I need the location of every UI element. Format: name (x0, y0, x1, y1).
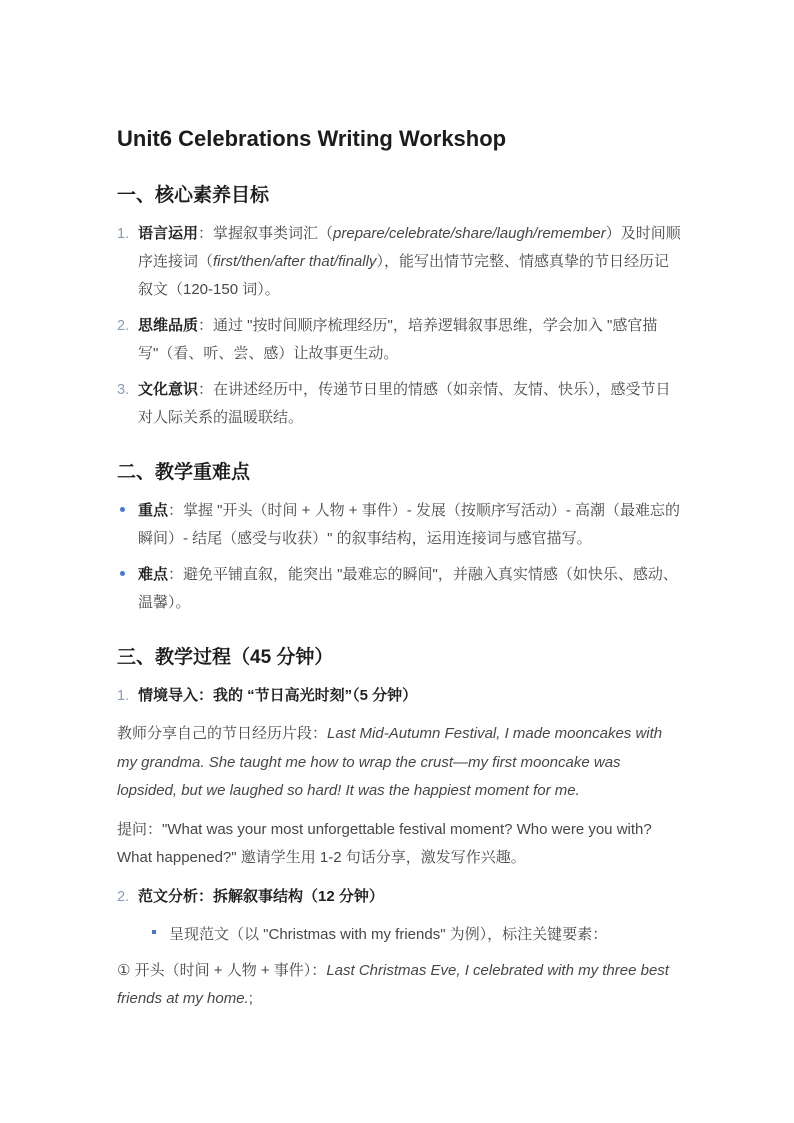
list-item-text: 情境导入：我的 “节日高光时刻”（5 分钟） (138, 682, 682, 710)
bullet-item: 重点：掌握 "开头（时间 + 人物 + 事件）- 发展（按顺序写活动）- 高潮（… (117, 497, 682, 553)
text-run: 思维品质 (138, 317, 198, 334)
list-item-text: 难点：避免平铺直叙，能突出 "最难忘的瞬间"，并融入真实情感（如快乐、感动、温馨… (138, 561, 682, 617)
list-item-text: 语言运用：掌握叙事类词汇（prepare/celebrate/share/lau… (138, 220, 682, 304)
text-run: 提问："What was your most unforgettable fes… (117, 821, 652, 867)
step-heading-item: 1.情境导入：我的 “节日高光时刻”（5 分钟） (117, 682, 682, 710)
list-number: 3. (117, 376, 138, 404)
list-item-text: 范文分析：拆解叙事结构（12 分钟） (138, 883, 682, 911)
text-run: 范文分析：拆解叙事结构（12 分钟） (138, 888, 384, 905)
step-heading-item: 2.范文分析：拆解叙事结构（12 分钟） (117, 883, 682, 911)
paragraph: 提问："What was your most unforgettable fes… (117, 816, 682, 873)
numbered-list-item: 1.语言运用：掌握叙事类词汇（prepare/celebrate/share/l… (117, 220, 682, 304)
text-run: ：掌握 "开头（时间 + 人物 + 事件）- 发展（按顺序写活动）- 高潮（最难… (138, 502, 680, 547)
list-item-text: 思维品质：通过 "按时间顺序梳理经历"，培养逻辑叙事思维，学会加入 "感官描写"… (138, 312, 682, 368)
text-run: 教师分享自己的节日经历片段： (117, 725, 327, 742)
section-heading: 一、核心素养目标 (117, 182, 682, 210)
text-run: 重点 (138, 502, 168, 519)
text-run: 文化意识 (138, 381, 198, 398)
bullet-item: 难点：避免平铺直叙，能突出 "最难忘的瞬间"，并融入真实情感（如快乐、感动、温馨… (117, 561, 682, 617)
text-run: ① 开头（时间 + 人物 + 事件）： (117, 962, 326, 979)
text-run: ：避免平铺直叙，能突出 "最难忘的瞬间"，并融入真实情感（如快乐、感动、温馨）。 (138, 566, 678, 611)
document-page: Unit6 Celebrations Writing Workshop 一、核心… (0, 0, 794, 1123)
sub-bullet-item: 呈现范文（以 "Christmas with my friends" 为例），标… (148, 921, 682, 949)
list-item-text: 呈现范文（以 "Christmas with my friends" 为例），标… (169, 921, 682, 949)
text-run: 情境导入：我的 “节日高光时刻”（5 分钟） (138, 687, 417, 704)
text-run: prepare/celebrate/share/laugh/remember (333, 225, 606, 242)
numbered-list-item: 3.文化意识：在讲述经历中，传递节日里的情感（如亲情、友情、快乐），感受节日对人… (117, 376, 682, 432)
list-number: 1. (117, 220, 138, 248)
document-body: 一、核心素养目标1.语言运用：掌握叙事类词汇（prepare/celebrate… (117, 182, 682, 1014)
sub-bullet-marker (148, 921, 169, 949)
list-number: 2. (117, 312, 138, 340)
paragraph: ① 开头（时间 + 人物 + 事件）：Last Christmas Eve, I… (117, 957, 682, 1014)
document-title: Unit6 Celebrations Writing Workshop (117, 123, 682, 155)
bullet-marker (117, 561, 138, 589)
list-number: 1. (117, 682, 138, 710)
sub-bullet-square-icon (152, 930, 156, 934)
text-run: 呈现范文（以 "Christmas with my friends" 为例），标… (169, 926, 607, 943)
bullet-marker (117, 497, 138, 525)
list-item-text: 重点：掌握 "开头（时间 + 人物 + 事件）- 发展（按顺序写活动）- 高潮（… (138, 497, 682, 553)
text-run: 语言运用 (138, 225, 198, 242)
bullet-dot-icon (120, 571, 125, 576)
list-item-text: 文化意识：在讲述经历中，传递节日里的情感（如亲情、友情、快乐），感受节日对人际关… (138, 376, 682, 432)
numbered-list-item: 2.思维品质：通过 "按时间顺序梳理经历"，培养逻辑叙事思维，学会加入 "感官描… (117, 312, 682, 368)
text-run: ; (249, 990, 253, 1007)
text-run: ：掌握叙事类词汇（ (198, 225, 333, 242)
paragraph: 教师分享自己的节日经历片段：Last Mid-Autumn Festival, … (117, 720, 682, 806)
section-heading: 二、教学重难点 (117, 459, 682, 487)
text-run: 难点 (138, 566, 168, 583)
bullet-dot-icon (120, 507, 125, 512)
text-run: ：通过 "按时间顺序梳理经历"，培养逻辑叙事思维，学会加入 "感官描写"（看、听… (138, 317, 657, 362)
text-run: ：在讲述经历中，传递节日里的情感（如亲情、友情、快乐），感受节日对人际关系的温暖… (138, 381, 671, 426)
list-number: 2. (117, 883, 138, 911)
text-run: first/then/after that/finally (213, 253, 376, 270)
section-heading: 三、教学过程（45 分钟） (117, 644, 682, 672)
